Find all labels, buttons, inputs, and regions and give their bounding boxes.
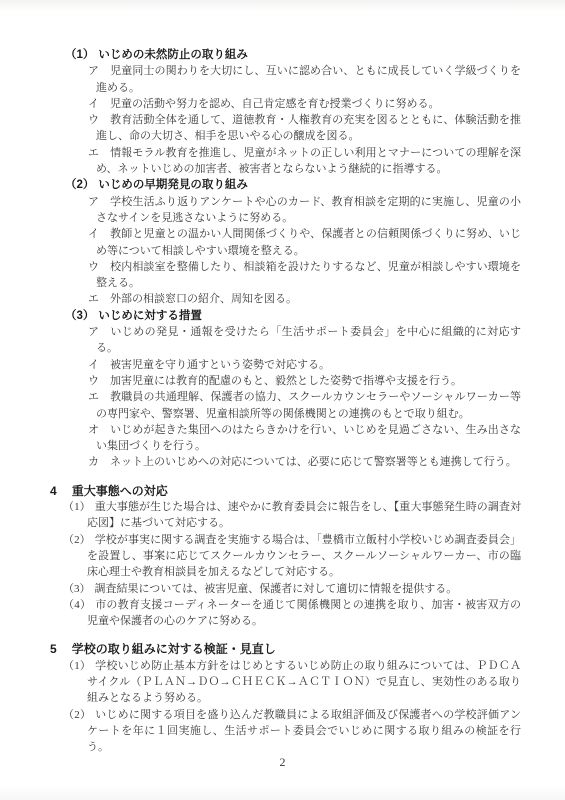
list-item: ア学校生活ふり返りアンケートや心のカード、教育相談を定期的に実施し、児童の小さな… (96, 194, 521, 227)
page-number: 2 (0, 754, 565, 770)
item-label: ア (88, 196, 99, 208)
item-text: 教師と児童との温かい人間関係づくりや、保護者との信頼関係づくりに努め、いじめ等に… (96, 228, 521, 256)
list-item: （3）調査結果については、被害児童、保護者に対して適切に情報を提供する。 (87, 581, 521, 597)
item-text: 児童の活動や努力を認め、自己肯定感を育む授業づくりに努める。 (110, 98, 440, 110)
item-text: いじめが起きた集団へのはたらきかけを行い、いじめを見過ごさない、生み出さない集団… (96, 424, 521, 452)
subsection-heading: （3）いじめに対する措置 (65, 308, 521, 324)
item-text: いじめに関する項目を盛り込んだ教職員による取組評価及び保護者への学校評価アンケー… (87, 709, 521, 754)
section-number: 4 (50, 484, 57, 498)
item-label: ウ (88, 261, 99, 273)
item-label: （2） (63, 709, 91, 721)
item-text: 調査結果については、被害児童、保護者に対して適切に情報を提供する。 (95, 583, 458, 595)
item-text: 教職員の共通理解、保護者の協力、スクールカウンセラーやソーシャルワーカー等の専門… (96, 391, 521, 419)
subsection-label: （1） (65, 49, 94, 61)
item-label: エ (88, 293, 99, 305)
list-item: オいじめが起きた集団へのはたらきかけを行い、いじめを見過ごさない、生み出さない集… (96, 422, 521, 455)
item-text: 校内相談室を整備したり、相談箱を設けたりするなど、児童が相談しやすい環境を整える… (96, 261, 521, 289)
document-page: （1）いじめの未然防止の取り組みア児童同士の関わりを大切にし、互いに認め合い、と… (0, 0, 565, 800)
item-text: 児童同士の関わりを大切にし、互いに認め合い、ともに成長していく学級づくりを進める… (96, 65, 521, 93)
list-item: エ情報モラル教育を推進し、児童がネットの正しい利用とマナーについての理解を深め、… (96, 145, 521, 178)
item-label: ウ (88, 375, 99, 387)
subsection-heading: （2）いじめの早期発見の取り組み (65, 177, 521, 193)
section-title: 学校の取り組みに対する検証・見直し (72, 642, 276, 656)
item-label: （1） (63, 501, 91, 513)
item-label: （4） (63, 599, 91, 611)
list-item: イ児童の活動や努力を認め、自己肯定感を育む授業づくりに努める。 (96, 96, 521, 112)
subsection-title: いじめに対する措置 (98, 310, 202, 322)
list-item: アいじめの発見・通報を受けたら「生活サポート委員会」を中心に組織的に対応する。 (96, 324, 521, 357)
list-item: ア児童同士の関わりを大切にし、互いに認め合い、ともに成長していく学級づくりを進め… (96, 63, 521, 96)
list-item: ウ加害児童には教育的配慮のもと、毅然とした姿勢で指導や支援を行う。 (96, 373, 521, 389)
item-label: （3） (63, 583, 91, 595)
item-text: 学校いじめ防止基本方針をはじめとするいじめ防止の取り組みについては、ＰＤＣＡサイ… (87, 660, 521, 705)
list-item: イ教師と児童との温かい人間関係づくりや、保護者との信頼関係づくりに努め、いじめ等… (96, 226, 521, 259)
section-title: 重大事態への対応 (72, 484, 168, 498)
section-heading: 4重大事態への対応 (50, 483, 521, 499)
scan-artifact-bottom (0, 786, 565, 800)
subsection-title: いじめの未然防止の取り組み (98, 49, 248, 61)
item-label: イ (88, 98, 99, 110)
sub-section: （1）いじめの未然防止の取り組みア児童同士の関わりを大切にし、互いに認め合い、と… (50, 47, 521, 177)
section-number: 5 (50, 642, 57, 656)
item-label: エ (88, 391, 99, 403)
item-label: イ (88, 228, 99, 240)
list-item: エ教職員の共通理解、保護者の協力、スクールカウンセラーやソーシャルワーカー等の専… (96, 389, 521, 422)
item-label: エ (88, 147, 99, 159)
list-item: （2）学校が事実に関する調査を実施する場合は、「豊橋市立飯村小学校いじめ調査委員… (87, 532, 521, 581)
item-text: 教育活動全体を通して、道徳教育・人権教育の充実を図るとともに、体験活動を推進し、… (96, 114, 521, 142)
list-item: イ被害児童を守り通すという姿勢で対応する。 (96, 357, 521, 373)
item-label: オ (88, 424, 99, 436)
subsection-heading: （1）いじめの未然防止の取り組み (65, 47, 521, 63)
subsection-title: いじめの早期発見の取り組み (98, 179, 248, 191)
item-label: イ (88, 359, 99, 371)
sub-section: （3）いじめに対する措置アいじめの発見・通報を受けたら「生活サポート委員会」を中… (50, 308, 521, 471)
item-text: 加害児童には教育的配慮のもと、毅然とした姿勢で指導や支援を行う。 (110, 375, 462, 387)
item-label: （2） (63, 534, 91, 546)
item-label: カ (88, 456, 99, 468)
item-label: （1） (63, 660, 91, 672)
list-item: （2）いじめに関する項目を盛り込んだ教職員による取組評価及び保護者への学校評価ア… (87, 707, 521, 756)
subsection-label: （2） (65, 179, 94, 191)
main-section: 5学校の取り組みに対する検証・見直し（1）学校いじめ防止基本方針をはじめとするい… (50, 641, 521, 755)
list-item: ウ教育活動全体を通して、道徳教育・人権教育の充実を図るとともに、体験活動を推進し… (96, 112, 521, 145)
scan-artifact-top (0, 0, 565, 12)
item-text: 市の教育支援コーディネーターを通じて関係機関との連携を取り、加害・被害双方の児童… (87, 599, 521, 627)
document-body: （1）いじめの未然防止の取り組みア児童同士の関わりを大切にし、互いに認め合い、と… (50, 47, 521, 755)
item-text: 重大事態が生じた場合は、速やかに教育委員会に報告をし、【重大事態発生時の調査対応… (87, 501, 521, 529)
section-heading: 5学校の取り組みに対する検証・見直し (50, 641, 521, 657)
list-item: ウ校内相談室を整備したり、相談箱を設けたりするなど、児童が相談しやすい環境を整え… (96, 259, 521, 292)
subsection-label: （3） (65, 310, 94, 322)
sub-section: （2）いじめの早期発見の取り組みア学校生活ふり返りアンケートや心のカード、教育相… (50, 177, 521, 307)
main-section: 4重大事態への対応（1）重大事態が生じた場合は、速やかに教育委員会に報告をし、【… (50, 483, 521, 630)
item-label: ア (88, 65, 99, 77)
item-label: ウ (88, 114, 99, 126)
item-text: 外部の相談窓口の紹介、周知を図る。 (110, 293, 297, 305)
item-text: 学校が事実に関する調査を実施する場合は、「豊橋市立飯村小学校いじめ調査委員会」を… (87, 534, 521, 579)
list-item: （4）市の教育支援コーディネーターを通じて関係機関との連携を取り、加害・被害双方… (87, 597, 521, 630)
item-text: ネット上のいじめへの対応については、必要に応じて警察署等とも連携して行う。 (110, 456, 517, 468)
list-item: カネット上のいじめへの対応については、必要に応じて警察署等とも連携して行う。 (96, 454, 521, 470)
list-item: （1）重大事態が生じた場合は、速やかに教育委員会に報告をし、【重大事態発生時の調… (87, 499, 521, 532)
list-item: （1）学校いじめ防止基本方針をはじめとするいじめ防止の取り組みについては、ＰＤＣ… (87, 658, 521, 707)
item-text: 被害児童を守り通すという姿勢で対応する。 (110, 359, 330, 371)
item-text: 学校生活ふり返りアンケートや心のカード、教育相談を定期的に実施し、児童の小さなサ… (96, 196, 521, 224)
item-label: ア (88, 326, 99, 338)
list-item: エ外部の相談窓口の紹介、周知を図る。 (96, 291, 521, 307)
item-text: いじめの発見・通報を受けたら「生活サポート委員会」を中心に組織的に対応する。 (96, 326, 521, 354)
item-text: 情報モラル教育を推進し、児童がネットの正しい利用とマナーについての理解を深め、ネ… (96, 147, 521, 175)
